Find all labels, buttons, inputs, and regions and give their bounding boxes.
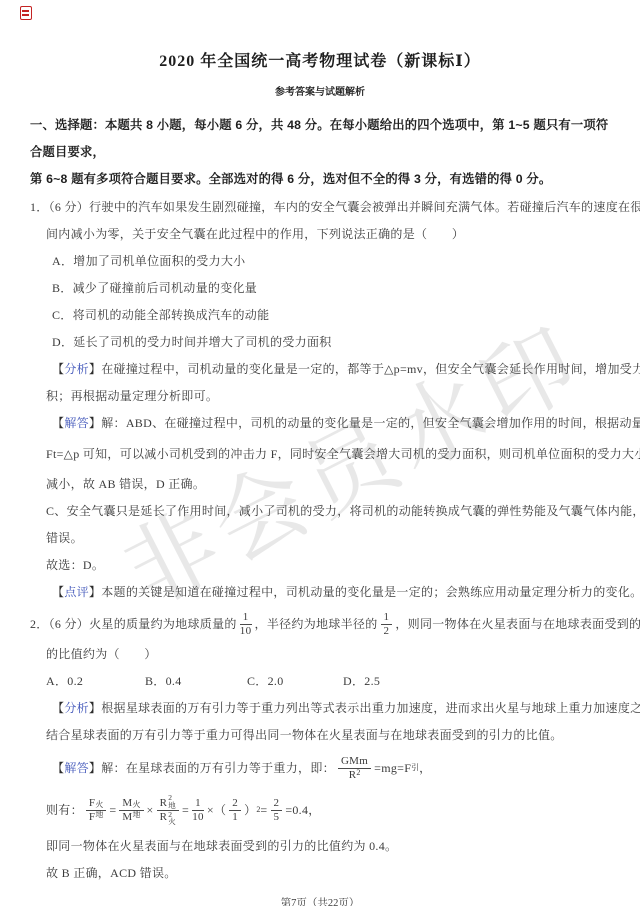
section-header-line1: 一、选择题：本题共 8 小题，每小题 6 分，共 48 分。在每小题给出的四个选…: [30, 112, 612, 166]
q2-fracR-den: R2火: [160, 811, 176, 827]
q2-fraction-1-2: 1 2: [381, 611, 393, 636]
q2-fraction-Mhuo-Mdi: M火 M地: [119, 797, 143, 822]
q1-answer-line2: Ft=△p 可知，可以减小司机受到的冲击力 F，同时安全气囊会增大司机的受力面积…: [0, 437, 640, 471]
q2-frac25-num: 2: [271, 797, 283, 810]
q2-fracM-den-base: M: [122, 811, 132, 823]
q2-stem-line1: 2．（6 分）火星的质量约为地球质量的 1 10 ，半径约为地球半径的 1 2 …: [0, 607, 640, 641]
q2-stem-line2: 的比值约为（ ）: [0, 641, 640, 668]
q2-fracM-num-sub: 火: [133, 801, 141, 810]
q2-sol1-sub: 引: [411, 749, 419, 787]
q2-times1: ×: [147, 787, 154, 833]
q2-stem-post: ，则同一物体在火星表面与在地球表面受到的引力: [395, 607, 640, 641]
q2-fracM-num-base: M: [122, 797, 132, 809]
q2-frac21-den: 1: [232, 811, 238, 823]
q1-answer-line3: 减小，故 AB 错误，D 正确。: [0, 471, 640, 498]
q2-option-c: C．2.0: [247, 668, 343, 695]
q2-solution-line1: 【解答】 解：在星球表面的万有引力等于重力，即： GMm R2 =mg=F引，: [0, 749, 640, 787]
q1-analysis-line1: 【分析】在碰撞过程中，司机动量的变化量是一定的，都等于△p=mv，但安全气囊会延…: [0, 356, 640, 383]
q2-fracF-den: F地: [89, 811, 103, 823]
q1-answer-conclusion: 故选：D。: [0, 552, 640, 579]
q2-fraction-1-10b: 1 10: [192, 797, 204, 822]
q2-eq1: =: [109, 787, 116, 833]
q1-option-b: B．减少了碰撞前后司机动量的变化量: [0, 275, 640, 302]
q2-frac25-den: 5: [274, 811, 280, 823]
q1-analysis-bracket-open: 【: [52, 362, 64, 376]
q2-paren-close: ）: [244, 787, 256, 833]
q2-options-row: A．0.2B．0.4C．2.0D．2.5: [0, 668, 640, 695]
q1-option-a: A．增加了司机单位面积的受力大小: [0, 248, 640, 275]
q2-frac12-num: 1: [381, 611, 393, 624]
q2-sol1-eq: =mg=F: [374, 749, 411, 787]
q2-answer-label: 解答: [64, 749, 89, 787]
q2-fracR-num-sub: 地: [168, 802, 176, 810]
q1-answer-line2-text: Ft=△p 可知，可以减小司机受到的冲击力 F，同时安全气囊会增大司机的受力面积…: [46, 437, 640, 471]
q2-fracR-num-supsub: 2地: [168, 794, 176, 810]
q2-solution-line2: 则有： F火 F地 = M火 M地 × R2地 R2火 = 1 10 ×（ 2: [0, 787, 640, 833]
page-subtitle: 参考答案与试题解析: [0, 86, 640, 100]
q1-answer-line1: 【解答】解：ABD、在碰撞过程中，司机的动量的变化量是一定的，但安全气囊会增加作…: [0, 410, 640, 437]
q2-fracR-den-base: R: [160, 811, 168, 823]
q2-frac110-den: 10: [240, 625, 252, 637]
q2-times2: ×（: [207, 787, 226, 833]
q2-fracM-den-sub: 地: [133, 811, 141, 820]
q1-analysis-label: 分析: [64, 362, 89, 376]
q1-comment-line: 【点评】本题的关键是知道在碰撞过程中，司机动量的变化量是一定的；会熟练应用动量定…: [0, 579, 640, 606]
q2-analysis-line2: 结合星球表面的万有引力等于重力可得出同一物体在火星表面与在地球表面受到的引力的比…: [0, 722, 640, 749]
section-header: 一、选择题：本题共 8 小题，每小题 6 分，共 48 分。在每小题给出的四个选…: [30, 112, 612, 193]
q1-analysis-text1: 在碰撞过程中，司机动量的变化量是一定的，都等于△p=mv，但安全气囊会延长作用时…: [101, 362, 640, 376]
page-title: 2020 年全国统一高考物理试卷（新课标Ⅰ）: [0, 50, 640, 74]
q2-analysis-line1: 【分析】根据星球表面的万有引力等于重力列出等式表示出重力加速度，进而求出火星与地…: [0, 695, 640, 722]
q2-frac12-den: 2: [384, 625, 390, 637]
document-page: 非会员水印 2020 年全国统一高考物理试卷（新课标Ⅰ） 参考答案与试题解析 一…: [0, 0, 640, 906]
q2-sol2-pre: 则有：: [46, 787, 83, 833]
q2-fraction-1-10: 1 10: [240, 611, 252, 636]
q2-analysis-bracket-close: 】: [89, 701, 101, 715]
q2-fracR-num: R2地: [157, 794, 179, 811]
q2-fracR-den-sub: 火: [168, 818, 176, 826]
q2-fracG-den: R2: [349, 769, 361, 781]
q2-solution-line4: 故 B 正确，ACD 错误。: [0, 860, 640, 887]
question-2: 2．（6 分）火星的质量约为地球质量的 1 10 ，半径约为地球半径的 1 2 …: [0, 607, 640, 887]
q2-fraction-Rdi2-Rhuo2: R2地 R2火: [157, 794, 179, 827]
page-number: 第7页（共22页）: [0, 896, 640, 906]
q1-comment-text: 本题的关键是知道在碰撞过程中，司机动量的变化量是一定的；会熟练应用动量定理分析力…: [101, 585, 640, 599]
q2-eq2: =: [182, 787, 189, 833]
q2-fraction-GMm-R2: GMm R2: [338, 755, 371, 780]
q2-fracF-num: F火: [86, 797, 106, 810]
q2-fraction-2-1: 2 1: [229, 797, 241, 822]
q2-option-b: B．0.4: [145, 668, 247, 695]
q2-fracR-num-base: R: [160, 797, 168, 809]
q2-stem-pre: 2．（6 分）火星的质量约为地球质量的: [30, 607, 237, 641]
q2-frac110-num: 1: [240, 611, 252, 624]
q2-frac21-num: 2: [229, 797, 241, 810]
q1-answer-label: 解答: [64, 416, 89, 430]
q2-option-a: A．0.2: [46, 668, 145, 695]
q2-fracM-den: M地: [122, 811, 140, 823]
q2-fraction-Fhuo-Fdi: F火 F地: [86, 797, 106, 822]
q1-comment-label: 点评: [64, 585, 89, 599]
q2-fracM-num: M火: [119, 797, 143, 810]
q2-fracG-den-base: R: [349, 769, 357, 781]
q1-option-c: C．将司机的动能全部转换成汽车的动能: [0, 302, 640, 329]
q1-answer-text1: 解：ABD、在碰撞过程中，司机的动量的变化量是一定的，但安全气囊会增加作用的时间…: [101, 416, 640, 430]
q1-answer-bracket-open: 【: [52, 416, 64, 430]
q2-sol1-text: 解：在星球表面的万有引力等于重力，即：: [101, 749, 335, 787]
q1-comment-bracket-close: 】: [89, 585, 101, 599]
red-stamp-icon: [20, 6, 32, 20]
q2-fracG-num: GMm: [338, 755, 371, 768]
q2-analysis-text1: 根据星球表面的万有引力等于重力列出等式表示出重力加速度，进而求出火星与地球上重力…: [101, 701, 640, 715]
q1-option-d: D．延长了司机的受力时间并增大了司机的受力面积: [0, 329, 640, 356]
q2-answer-bracket-open: 【: [52, 749, 64, 787]
q2-frac110b-num: 1: [192, 797, 204, 810]
section-header-line2: 第 6~8 题有多项符合题目要求。全部选对的得 6 分，选对但不全的得 3 分，…: [30, 166, 612, 193]
q2-fraction-2-5: 2 5: [271, 797, 283, 822]
q2-analysis-bracket-open: 【: [52, 701, 64, 715]
q2-fracG-den-sup: 2: [356, 769, 360, 778]
q1-answer-bracket-close: 】: [89, 416, 101, 430]
question-1: 1．（6 分）行驶中的汽车如果发生剧烈碰撞，车内的安全气囊会被弹出并瞬间充满气体…: [0, 194, 640, 606]
q2-option-d: D．2.5: [343, 668, 380, 695]
q2-sol1-end: ，: [419, 749, 431, 787]
q2-solution-line3: 即同一物体在火星表面与在地球表面受到的引力的比值约为 0.4。: [0, 833, 640, 860]
q2-result: =0.4，: [285, 787, 320, 833]
q2-fracF-den-sub: 地: [95, 811, 103, 820]
q1-comment-bracket-open: 【: [52, 585, 64, 599]
q2-answer-bracket-close: 】: [89, 749, 101, 787]
q2-fracF-num-sub: 火: [95, 801, 103, 810]
q1-answer-line4: C、安全气囊只是延长了作用时间，减小了司机的受力，将司机的动能转换成气囊的弹性势…: [0, 498, 640, 525]
q1-stem-line1: 1．（6 分）行驶中的汽车如果发生剧烈碰撞，车内的安全气囊会被弹出并瞬间充满气体…: [0, 194, 640, 221]
q2-fracR-den-supsub: 2火: [168, 811, 176, 827]
q2-analysis-label: 分析: [64, 701, 89, 715]
q1-analysis-bracket-close: 】: [89, 362, 101, 376]
q1-answer-line5: 错误。: [0, 525, 640, 552]
q2-stem-mid: ，半径约为地球半径的: [255, 607, 378, 641]
q2-eq3: =: [260, 787, 267, 833]
q1-stem-line2: 间内减小为零，关于安全气囊在此过程中的作用，下列说法正确的是（ ）: [0, 221, 640, 248]
q1-analysis-line2: 积；再根据动量定理分析即可。: [0, 383, 640, 410]
q2-frac110b-den: 10: [192, 811, 204, 823]
